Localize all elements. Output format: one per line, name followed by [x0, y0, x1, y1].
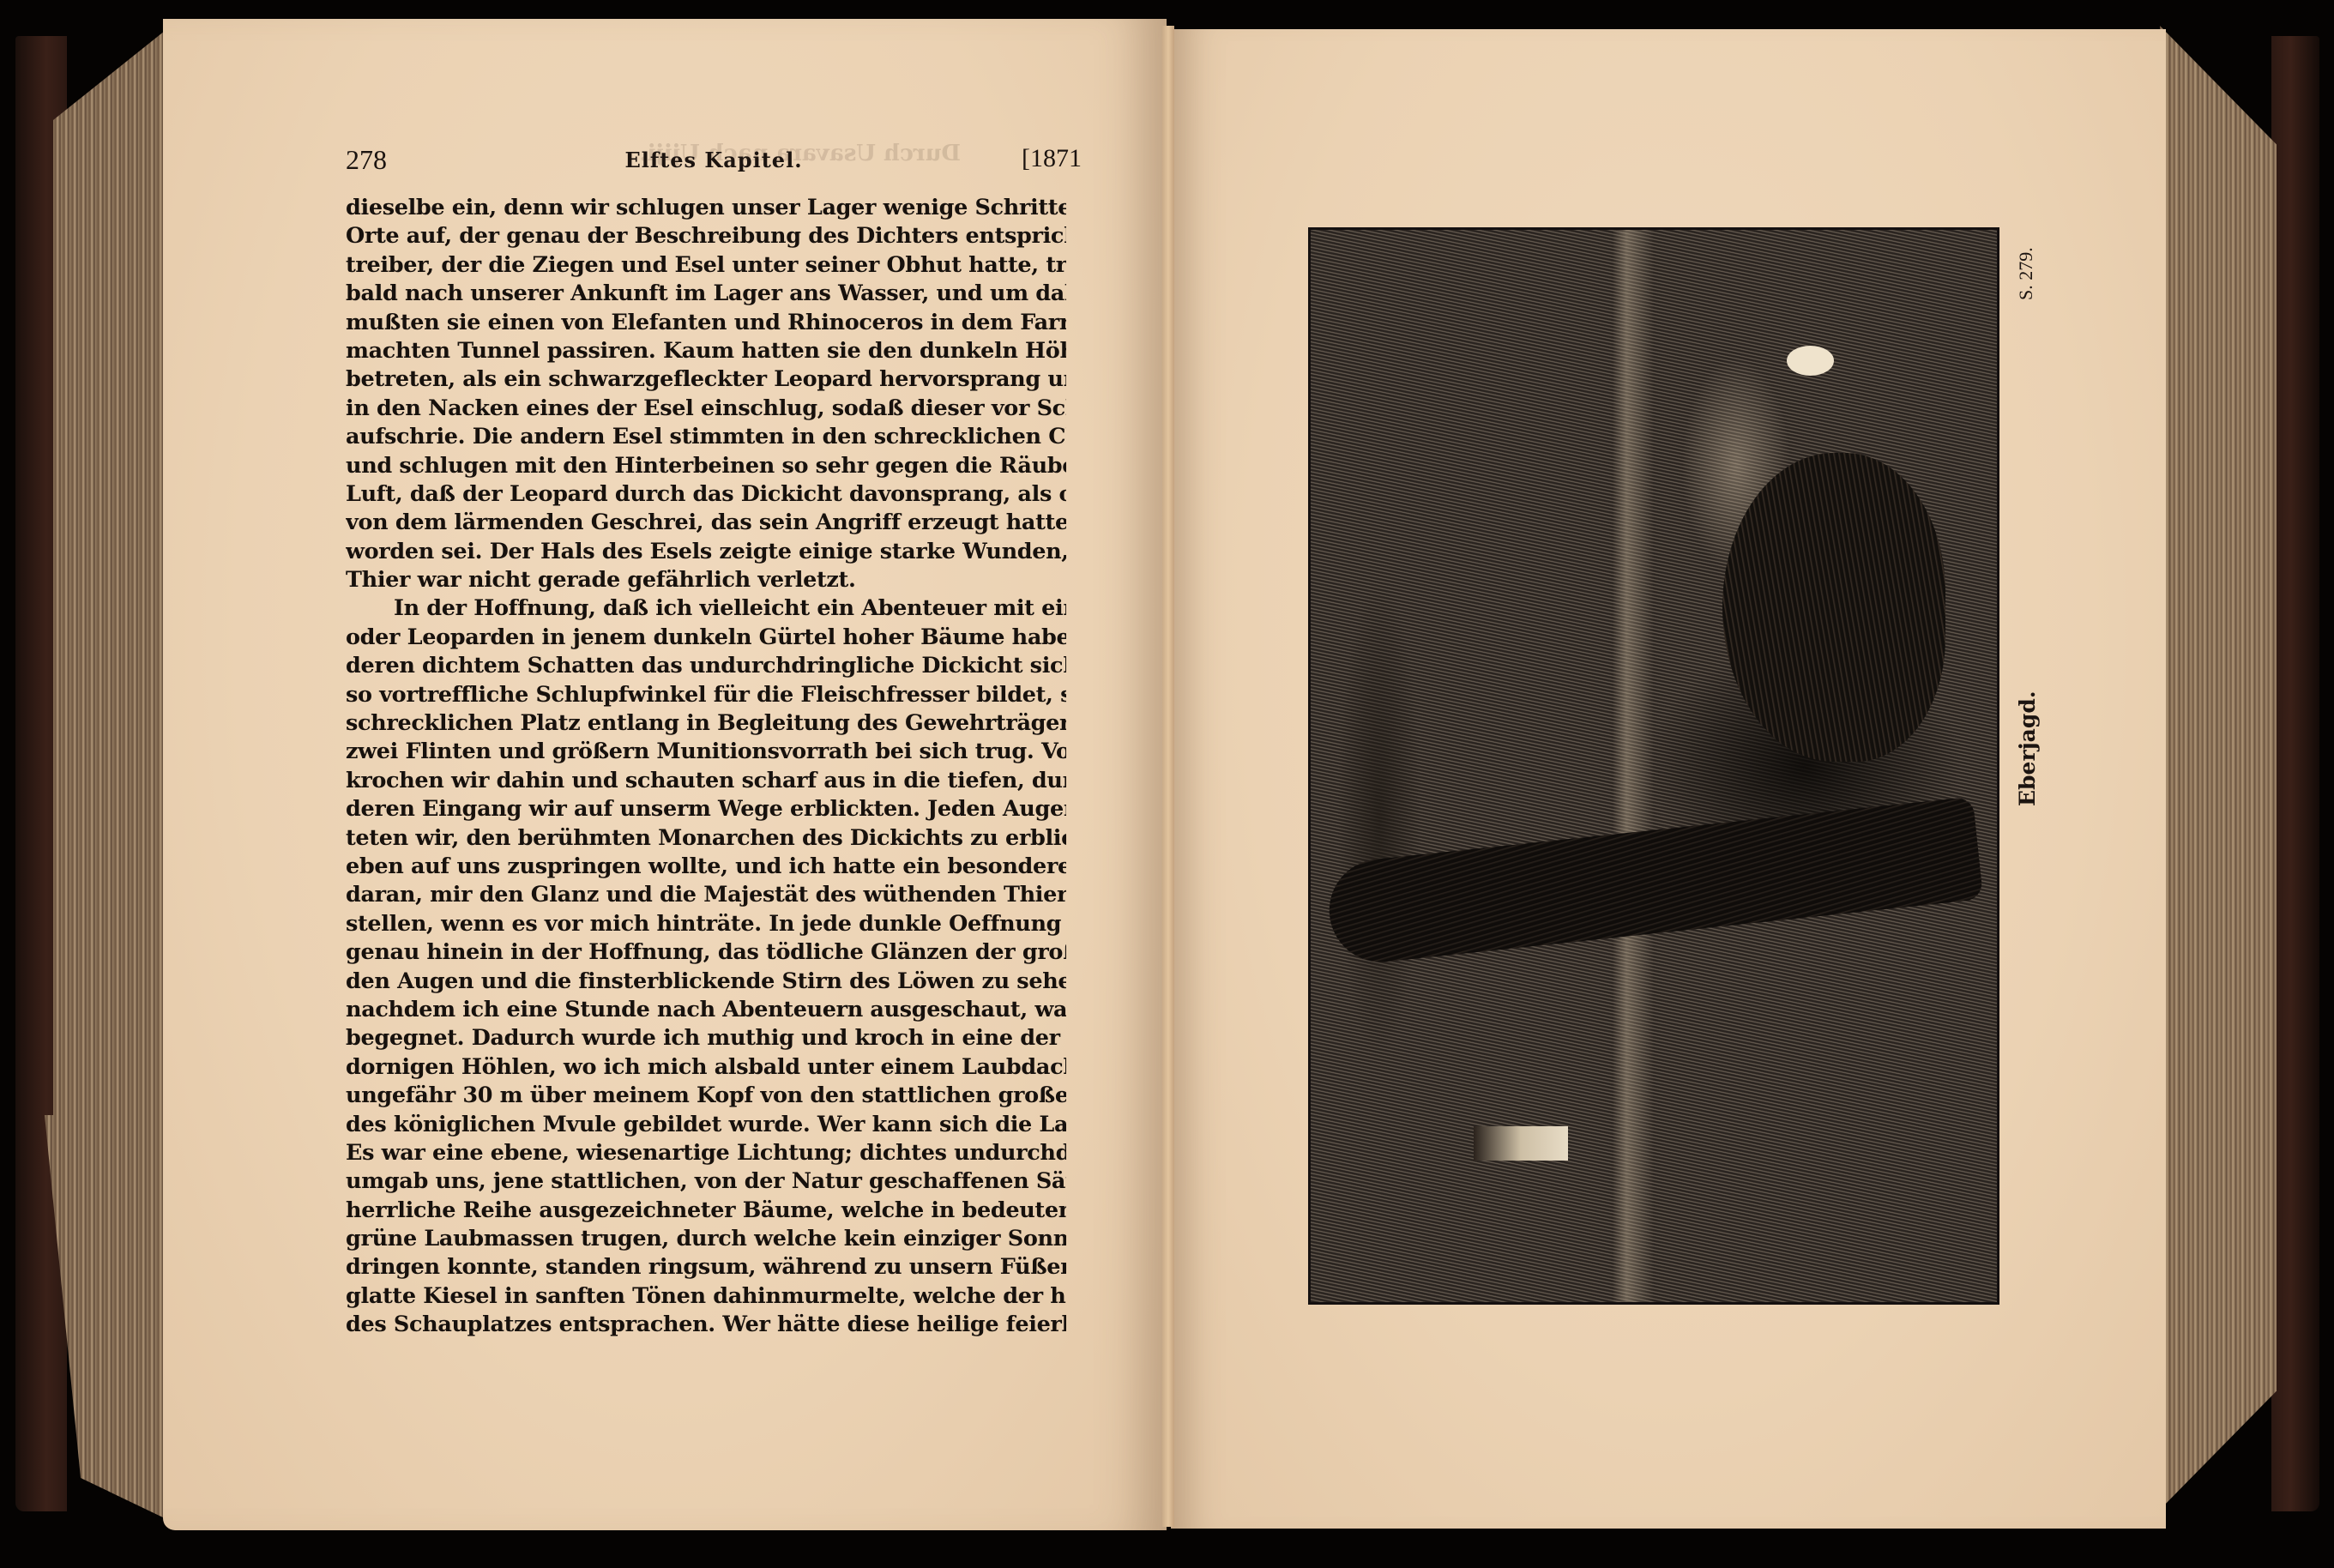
- text-line: des königlichen Mvule gebildet wurde. We…: [346, 1111, 1066, 1139]
- running-header: 278 Elftes Kapitel. [1871: [346, 144, 1082, 178]
- book-gutter: [1162, 26, 1174, 1527]
- text-line: begegnet. Dadurch wurde ich muthig und k…: [346, 1024, 1066, 1052]
- text-line: genau hinein in der Hoffnung, das tödlic…: [346, 938, 1066, 967]
- text-line: herrliche Reihe ausgezeichneter Bäume, w…: [346, 1197, 1066, 1225]
- plate-caption: Eberjagd.: [2015, 691, 2040, 806]
- text-line: deren Eingang wir auf unserm Wege erblic…: [346, 795, 1066, 823]
- engraving-illustration: [1308, 227, 1999, 1305]
- text-line: ungefähr 30 m über meinem Kopf von den s…: [346, 1082, 1066, 1110]
- text-line: betreten, als ein schwarzgefleckter Leop…: [346, 365, 1066, 394]
- text-line: In der Hoffnung, daß ich vielleicht ein …: [346, 594, 1066, 623]
- year-marker: [1871: [1022, 144, 1082, 173]
- text-line: schrecklichen Platz entlang in Begleitun…: [346, 709, 1066, 738]
- text-line: oder Leoparden in jenem dunkeln Gürtel h…: [346, 624, 1066, 652]
- text-line: Es war eine ebene, wiesenartige Lichtung…: [346, 1139, 1066, 1167]
- text-line: Luft, daß der Leopard durch das Dickicht…: [346, 480, 1066, 509]
- text-line: dringen konnte, standen ringsum, während…: [346, 1253, 1066, 1282]
- text-line: machten Tunnel passiren. Kaum hatten sie…: [346, 337, 1066, 365]
- chapter-title: Elftes Kapitel.: [346, 148, 1082, 172]
- text-line: zwei Flinten und größern Munitionsvorrat…: [346, 738, 1066, 766]
- text-line: deren dichtem Schatten das undurchdringl…: [346, 652, 1066, 680]
- fallen-tree-trunk: [1324, 797, 1983, 968]
- text-line: nachdem ich eine Stunde nach Abenteuern …: [346, 996, 1066, 1024]
- page-edges-right: [2160, 26, 2277, 1510]
- text-line: daran, mir den Glanz und die Majestät de…: [346, 881, 1066, 909]
- charging-boar-figure: [1722, 453, 1945, 762]
- text-line: stellen, wenn es vor mich hinträte. In j…: [346, 910, 1066, 938]
- text-line: glatte Kiesel in sanften Tönen dahinmurm…: [346, 1282, 1066, 1311]
- text-line: krochen wir dahin und schauten scharf au…: [346, 767, 1066, 795]
- text-line: grüne Laubmassen trugen, durch welche ke…: [346, 1225, 1066, 1253]
- body-text: dieselbe ein, denn wir schlugen unser La…: [346, 194, 1066, 1340]
- text-line: aufschrie. Die andern Esel stimmten in d…: [346, 423, 1066, 451]
- text-line: worden sei. Der Hals des Esels zeigte ei…: [346, 538, 1066, 566]
- text-line: den Augen und die finsterblickende Stirn…: [346, 968, 1066, 996]
- text-line: treiber, der die Ziegen und Esel unter s…: [346, 251, 1066, 280]
- text-line: eben auf uns zuspringen wollte, und ich …: [346, 853, 1066, 881]
- text-line: in den Nacken eines der Esel einschlug, …: [346, 395, 1066, 423]
- light-highlight: [1787, 346, 1834, 376]
- book-cover-right: [2271, 36, 2319, 1511]
- text-line: umgab uns, jene stattlichen, von der Nat…: [346, 1167, 1066, 1196]
- text-line: des Schauplatzes entsprachen. Wer hätte …: [346, 1311, 1066, 1339]
- text-line: mußten sie einen von Elefanten und Rhino…: [346, 309, 1066, 337]
- text-line: bald nach unserer Ankunft im Lager ans W…: [346, 280, 1066, 308]
- text-line: von dem lärmenden Geschrei, das sein Ang…: [346, 509, 1066, 537]
- page-edges-left: [53, 31, 165, 1146]
- text-line: Thier war nicht gerade gefährlich verlet…: [346, 566, 1066, 594]
- text-line: Orte auf, der genau der Beschreibung des…: [346, 222, 1066, 250]
- text-line: und schlugen mit den Hinterbeinen so seh…: [346, 452, 1066, 480]
- text-line: dieselbe ein, denn wir schlugen unser La…: [346, 194, 1066, 222]
- text-line: dornigen Höhlen, wo ich mich alsbald unt…: [346, 1053, 1066, 1082]
- text-line: teten wir, den berühmten Monarchen des D…: [346, 824, 1066, 853]
- plate-page-reference: S. 279.: [2015, 247, 2037, 300]
- text-line: so vortreffliche Schlupfwinkel für die F…: [346, 681, 1066, 709]
- hunter-figure: [1474, 1126, 1568, 1161]
